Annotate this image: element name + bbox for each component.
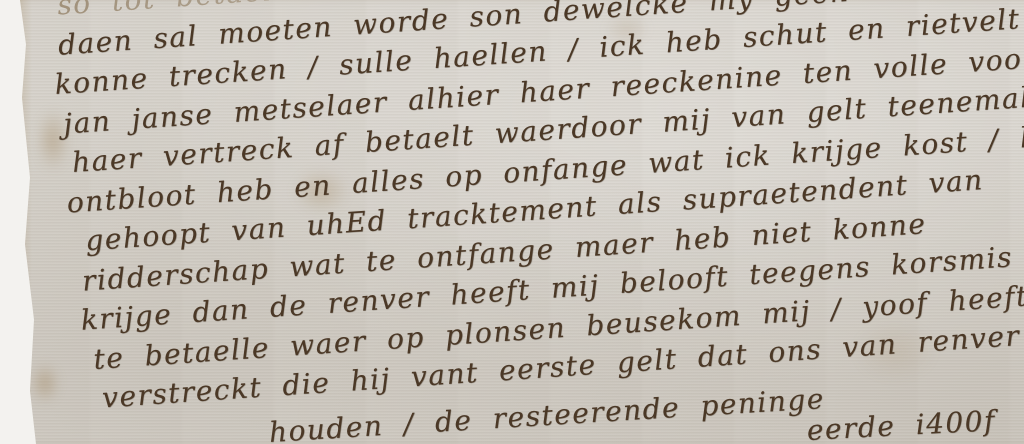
foxing-stain xyxy=(30,362,60,404)
manuscript-text-block: so tot betaeline vande daen sal moeten w… xyxy=(52,0,1024,419)
manuscript-scan: so tot betaeline vande daen sal moeten w… xyxy=(0,0,1024,444)
